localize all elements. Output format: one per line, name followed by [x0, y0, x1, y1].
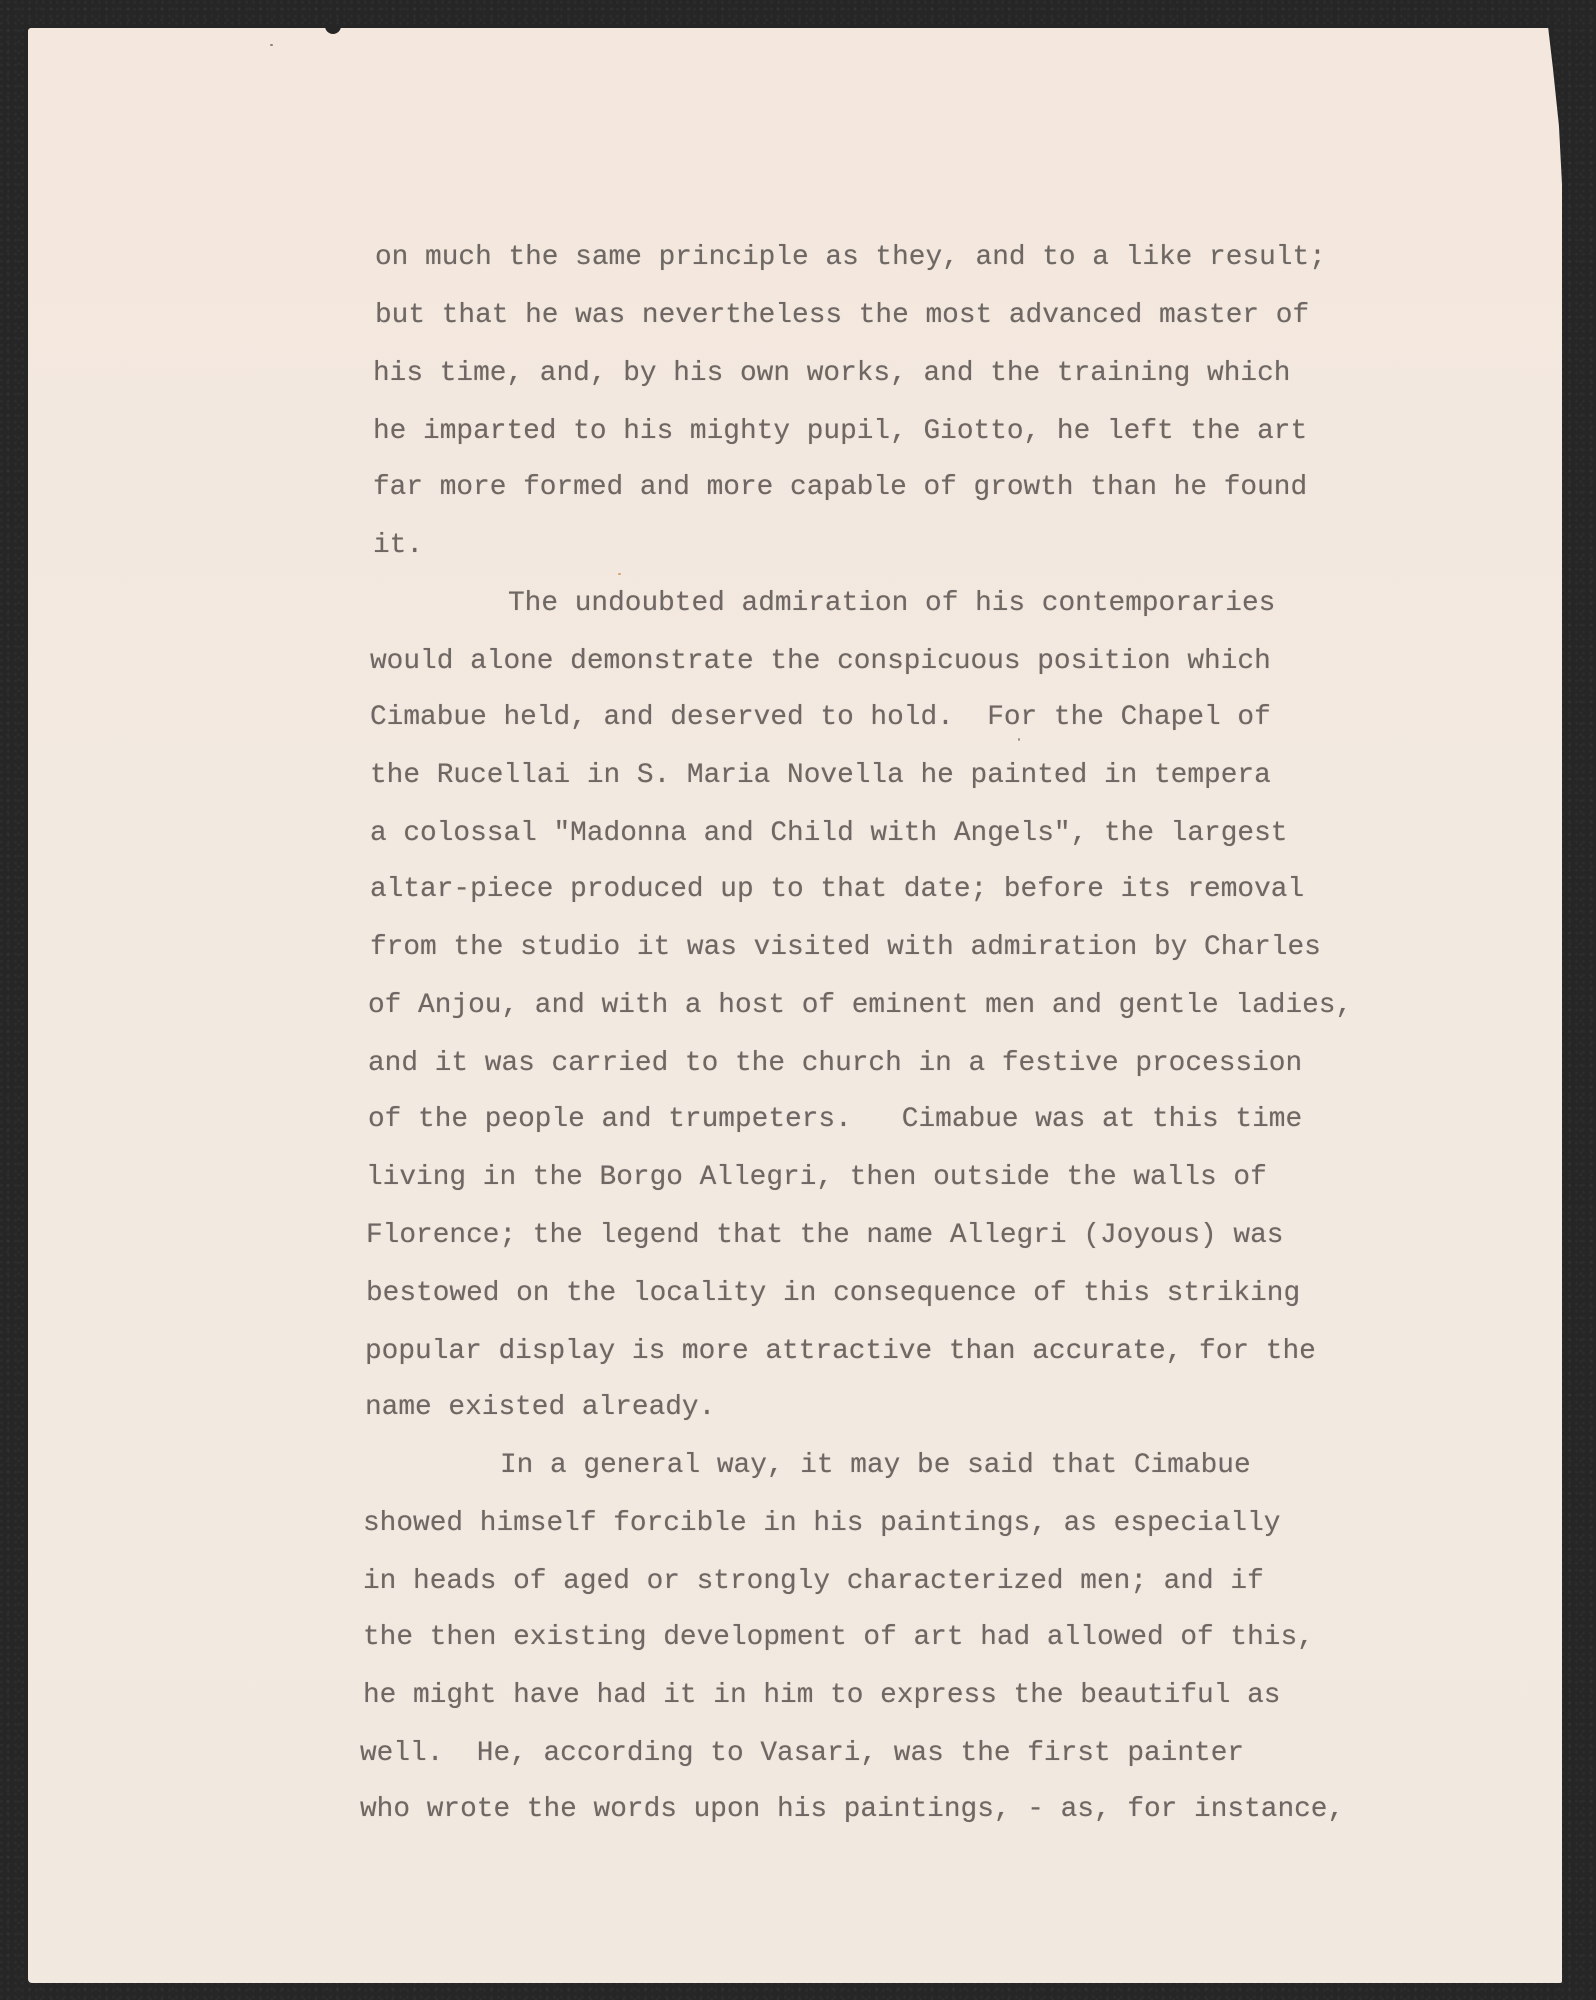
document-body: on much the same principle as they, and …: [28, 28, 1562, 1983]
text-line: of the people and trumpeters. Cimabue wa…: [368, 1106, 1302, 1134]
text-line: well. He, according to Vasari, was the f…: [360, 1740, 1244, 1768]
text-line: would alone demonstrate the conspicuous …: [370, 648, 1271, 676]
text-line: of Anjou, and with a host of eminent men…: [368, 992, 1352, 1020]
text-line: a colossal "Madonna and Child with Angel…: [370, 820, 1287, 848]
text-line: Florence; the legend that the name Alleg…: [366, 1222, 1283, 1250]
text-line: he imparted to his mighty pupil, Giotto,…: [373, 418, 1307, 446]
typewritten-page: on much the same principle as they, and …: [28, 28, 1562, 1983]
text-line: bestowed on the locality in consequence …: [366, 1280, 1300, 1308]
text-line: living in the Borgo Allegri, then outsid…: [366, 1164, 1267, 1192]
text-line: showed himself forcible in his paintings…: [363, 1510, 1280, 1538]
text-line: altar-piece produced up to that date; be…: [370, 876, 1304, 904]
text-line: who wrote the words upon his paintings, …: [360, 1796, 1344, 1824]
text-line: he might have had it in him to express t…: [363, 1682, 1280, 1710]
text-line: his time, and, by his own works, and the…: [373, 360, 1290, 388]
text-line: Cimabue held, and deserved to hold. For …: [370, 704, 1271, 732]
text-line: name existed already.: [365, 1394, 715, 1422]
text-line: the Rucellai in S. Maria Novella he pain…: [370, 762, 1271, 790]
text-line: on much the same principle as they, and …: [375, 244, 1326, 272]
text-line: In a general way, it may be said that Ci…: [500, 1452, 1251, 1480]
text-line: it.: [373, 532, 423, 560]
text-line: the then existing development of art had…: [363, 1624, 1314, 1652]
text-line: but that he was nevertheless the most ad…: [375, 302, 1309, 330]
text-line: far more formed and more capable of grow…: [373, 474, 1307, 502]
text-line: in heads of aged or strongly characteriz…: [363, 1568, 1264, 1596]
text-line: from the studio it was visited with admi…: [370, 934, 1321, 962]
text-line: popular display is more attractive than …: [365, 1338, 1316, 1366]
text-line: The undoubted admiration of his contempo…: [508, 590, 1275, 618]
text-line: and it was carried to the church in a fe…: [368, 1050, 1302, 1078]
